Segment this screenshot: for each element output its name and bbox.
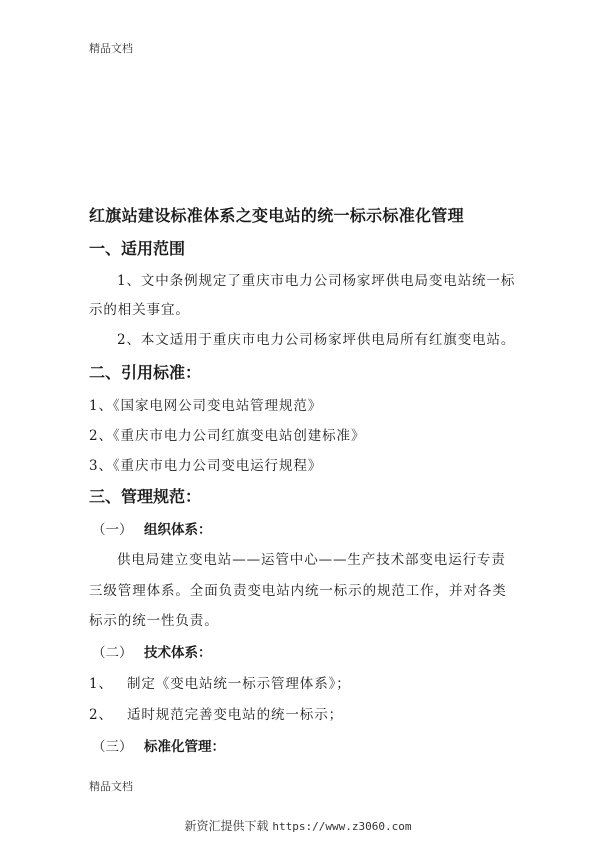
item-number: 1、 xyxy=(89,672,127,692)
organization-line-1: 供电局建立变电站——运管中心——生产技术部变电运行专责 xyxy=(117,548,506,568)
footer-watermark: 精品文档 xyxy=(89,778,133,794)
paragraph-scope-1-line2: 示的相关事宜。 xyxy=(89,298,190,318)
reference-item: 2、《重庆市电力公司红旗变电站创建标准》 xyxy=(89,424,365,444)
item-number: 2、 xyxy=(89,703,127,723)
subsection-number: （三） xyxy=(92,735,144,755)
organization-line-2: 三级管理体系。全面负责变电站内统一标示的规范工作，并对各类 xyxy=(89,579,507,599)
subsection-title: 标准化管理： xyxy=(144,739,225,755)
reference-item: 3、《重庆市电力公司变电运行规程》 xyxy=(89,454,322,474)
paragraph-scope-2: 2、本文适用于重庆市电力公司杨家坪供电局所有红旗变电站。 xyxy=(117,328,515,348)
subsection-title: 组织体系： xyxy=(144,522,212,538)
section-heading-scope: 一、适用范围 xyxy=(89,236,185,259)
section-heading-management: 三、管理规范： xyxy=(89,484,201,507)
footer-url-link[interactable]: https://www.z3060.com xyxy=(272,820,411,833)
organization-line-3: 标示的统一性负责。 xyxy=(89,609,219,629)
reference-item: 1、《国家电网公司变电站管理规范》 xyxy=(89,394,322,414)
header-watermark: 精品文档 xyxy=(89,40,133,56)
footer-download-line: 新资汇提供下载 https://www.z3060.com xyxy=(0,817,596,834)
section-heading-references: 二、引用标准： xyxy=(89,360,201,383)
subsection-number: （二） xyxy=(92,641,144,661)
paragraph-scope-1-line1: 1、文中条例规定了重庆市电力公司杨家坪供电局变电站统一标 xyxy=(117,269,515,289)
subsection-heading-technical: （二）技术体系： xyxy=(92,641,212,661)
subsection-heading-organization: （一）组织体系： xyxy=(92,518,212,538)
subsection-number: （一） xyxy=(92,518,144,538)
footer-download-text: 新资汇提供下载 xyxy=(185,819,269,833)
subsection-title: 技术体系： xyxy=(144,645,212,661)
item-text: 适时规范完善变电站的统一标示； xyxy=(127,707,343,723)
technical-item: 1、制定《变电站统一标示管理体系》； xyxy=(89,672,351,692)
item-text: 制定《变电站统一标示管理体系》； xyxy=(127,676,351,692)
subsection-heading-standardization: （三）标准化管理： xyxy=(92,735,225,755)
technical-item: 2、适时规范完善变电站的统一标示； xyxy=(89,703,343,723)
document-title: 红旗站建设标准体系之变电站的统一标示标准化管理 xyxy=(89,203,464,226)
